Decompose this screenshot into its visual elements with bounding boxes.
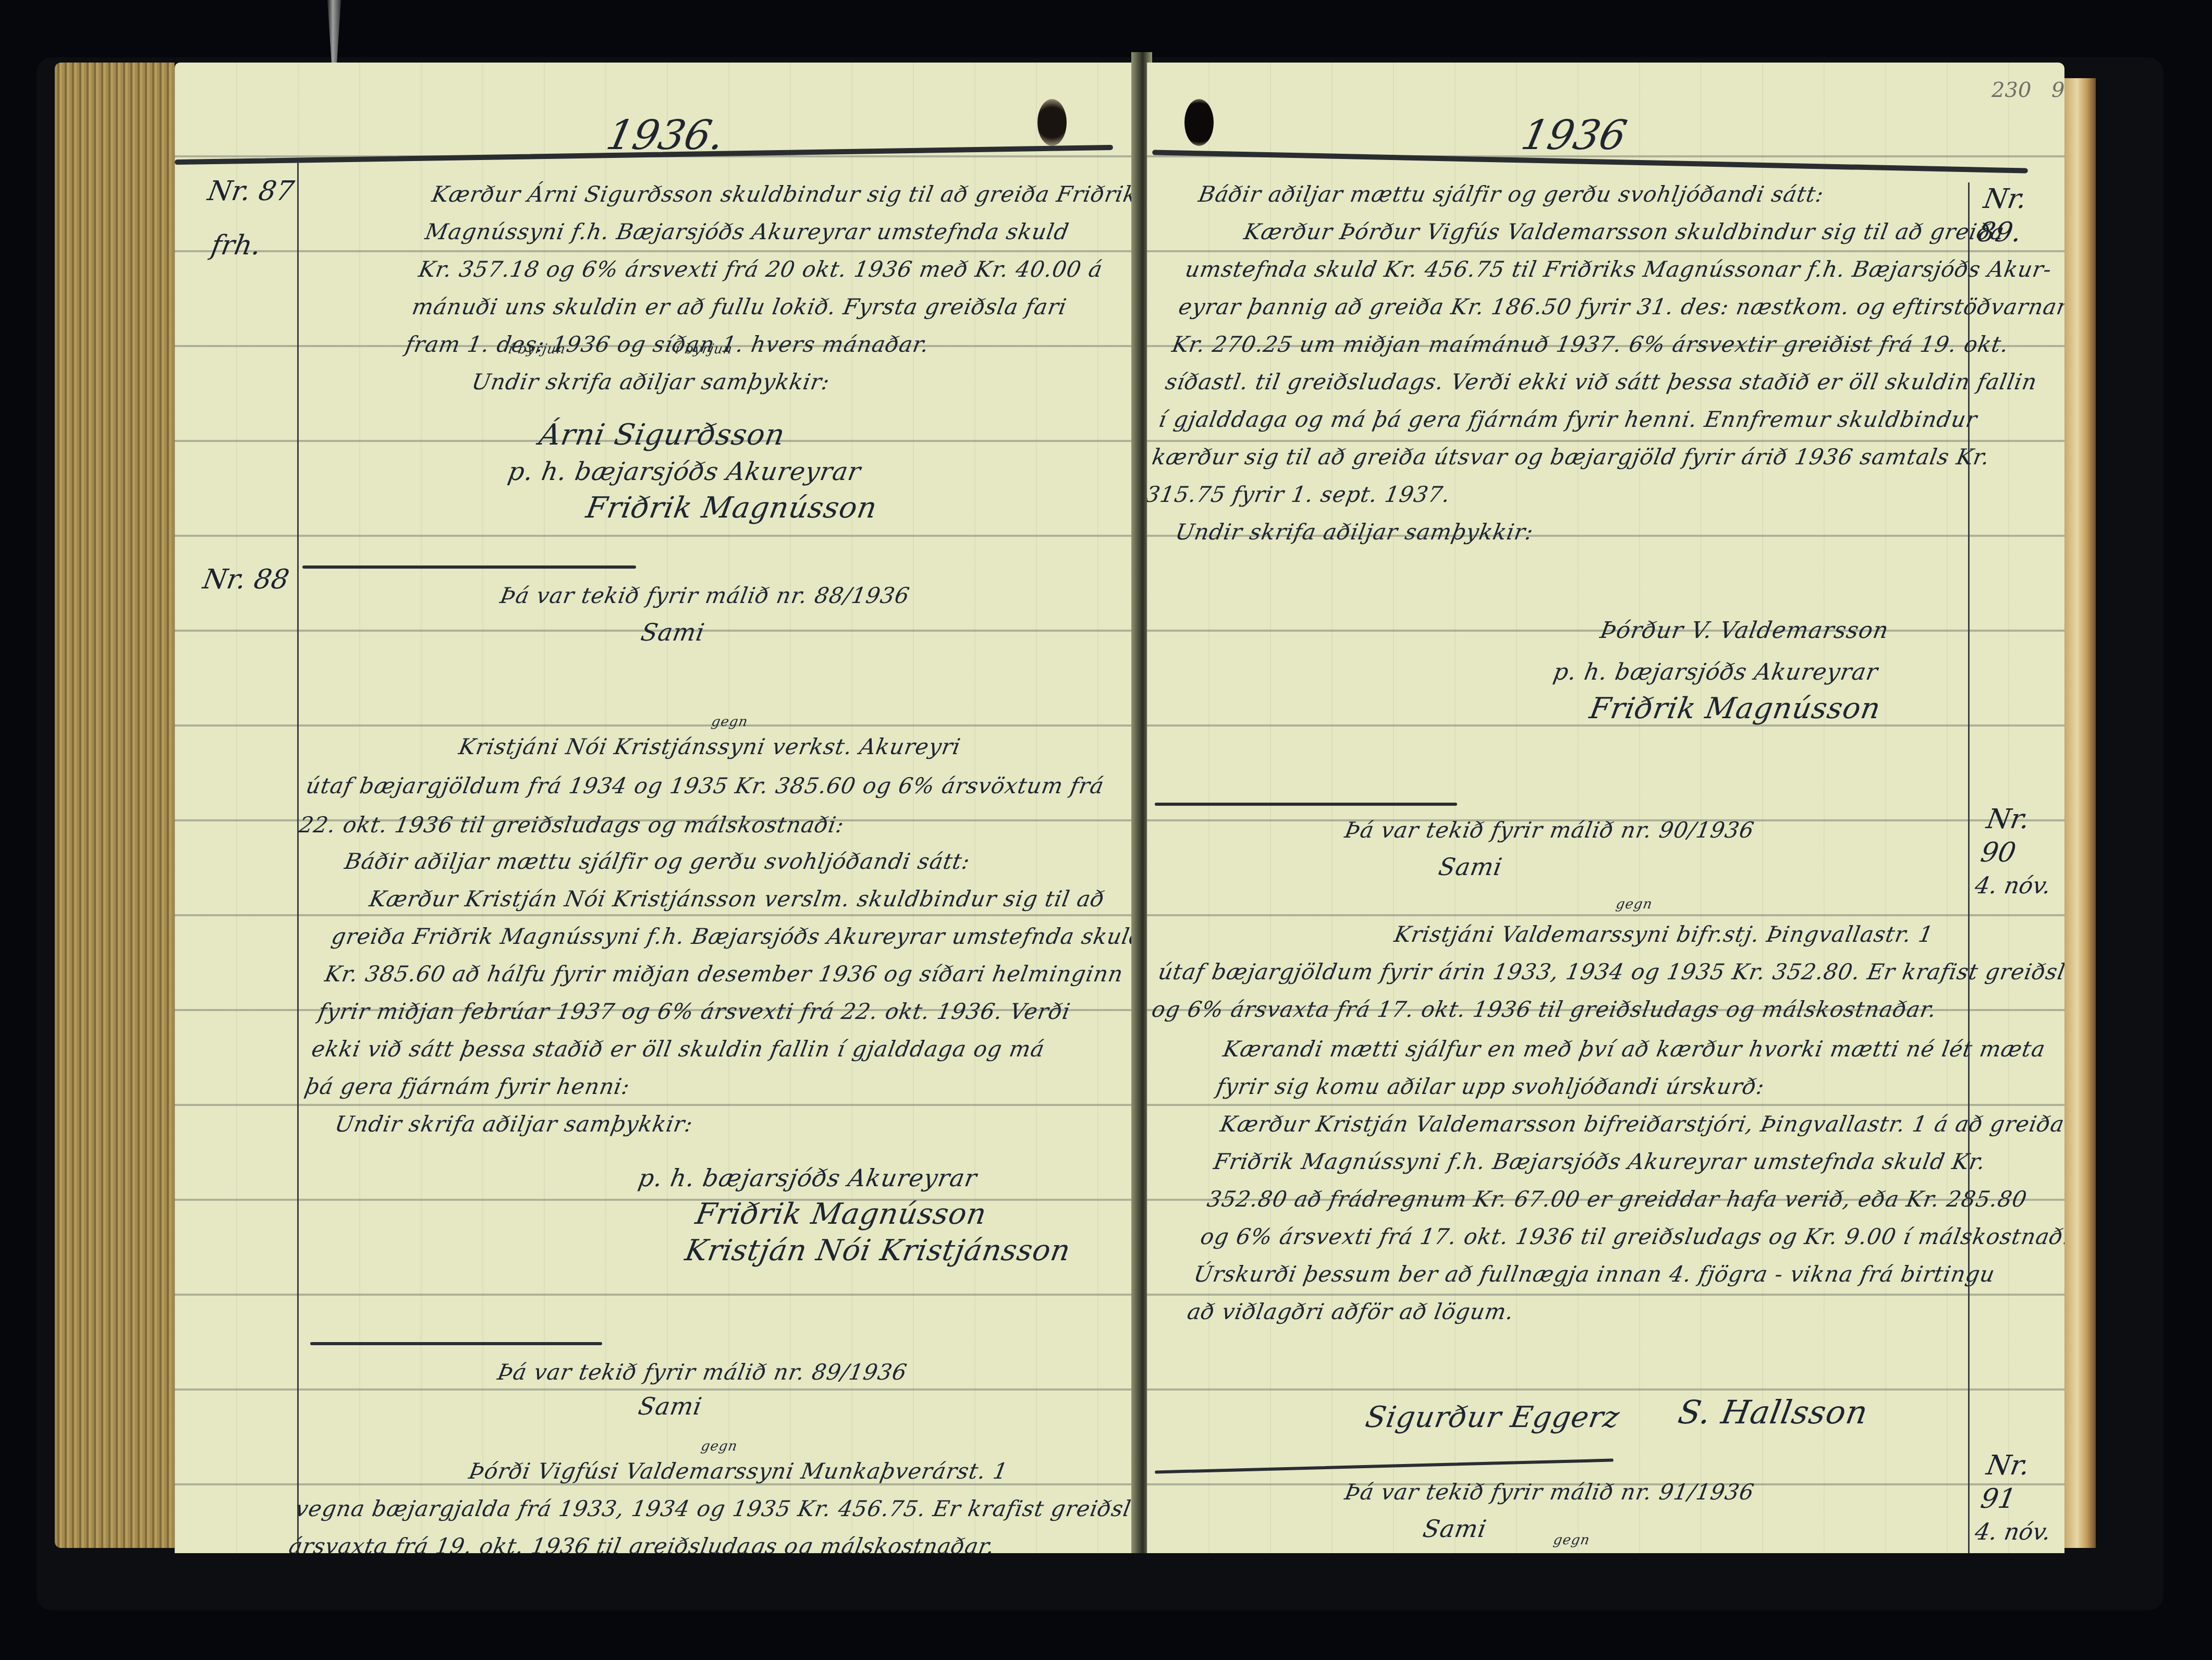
right-page: 230 9 1936 Nr. 89. Nr. 90 4. nóv. Nr. 91… (1147, 63, 2064, 1553)
signature-line-bæjarsjodur: p. h. bæjarsjóðs Akureyrar (636, 1162, 980, 1194)
margin-note-nr91: Nr. 91 4. nóv. (1972, 1449, 2064, 1549)
margin-note-nr88: Nr. 88 (200, 563, 291, 596)
entry-88-intro: Þá var tekið fyrir málið nr. 88/1936 (498, 584, 912, 608)
signature-judge: Sigurður Eggerz (1363, 1402, 1622, 1433)
signature-thordur: Þórður V. Valdemarsson (1598, 615, 1891, 646)
interlinear-note: í byrjun (507, 341, 567, 357)
margin-note-nr90: Nr. 90 4. nóv. (1972, 803, 2064, 903)
page-edge-mark: 9 (2051, 78, 2064, 102)
signature-fridrik: Friðrik Magnússon (1587, 693, 1883, 724)
signature-line-bæjarsjodur: p. h. bæjarsjóðs Akureyrar (1551, 657, 1880, 688)
entry-88-body: Báðir aðiljar mættu sjálfir og gerðu svo… (226, 850, 1134, 1150)
signature-fridrik: Friðrik Magnússon (693, 1199, 989, 1230)
case-separator-rule (1155, 803, 1457, 806)
entry-90-gegn: gegn (1615, 896, 1654, 912)
entry-90-plaintiff: Sami (1437, 855, 1504, 879)
year-heading-right: 1936 (1517, 112, 1631, 159)
entry-88-parties: Kristjáni Nói Kristjánssyni verkst. Akur… (242, 735, 1113, 852)
signature-witness: S. Hallsson (1676, 1397, 1871, 1428)
entry-89-intro: Þá var tekið fyrir málið nr. 89/1936 (496, 1360, 909, 1384)
case-separator-rule (1155, 1458, 1614, 1473)
signature-kristjan-noi: Kristján Nói Kristjánsson (683, 1235, 1073, 1266)
signature-fridrik: Friðrik Magnússon (584, 493, 879, 524)
entry-89-plaintiff: Sami (637, 1394, 704, 1418)
entry-90-intro: Þá var tekið fyrir málið nr. 90/1936 (1343, 818, 1756, 842)
interlinear-note: í byrjun (674, 341, 734, 357)
entry-88-gegn: gegn (710, 714, 749, 730)
entry-89-gegn: gegn (700, 1438, 739, 1454)
entry-89-body: Báðir aðiljar mættu sjálfir og gerðu svo… (1147, 182, 2064, 558)
right-page-edge (2064, 78, 2096, 1548)
signature-arni: Árni Sigurðsson (537, 420, 788, 451)
entry-91-gegn: gegn (1552, 1532, 1591, 1548)
signature-line-bæjarsjodur: p. h. bæjarsjóðs Akureyrar (506, 456, 863, 487)
entry-88-plaintiff: Sami (639, 620, 706, 644)
entry-91-intro: Þá var tekið fyrir málið nr. 91/1936 (1343, 1480, 1756, 1504)
entry-89-parties: Þórði Vigfúsi Valdemarssyni Munkaþverárs… (243, 1459, 1134, 1553)
page-number: 230 (1991, 78, 2031, 102)
punch-hole-left (1037, 99, 1067, 146)
entry-90-body: Kærandi mætti sjálfur en með því að kærð… (1147, 1037, 2064, 1337)
left-page: 1936. Nr. 87 frh. Nr. 88 Kærður Árni Sig… (175, 63, 1134, 1553)
punch-hole-right (1184, 99, 1214, 146)
entry-91-plaintiff: Sami (1421, 1517, 1488, 1541)
entry-90-parties: Kristjáni Valdemarssyni bifr.stj. Þingva… (1147, 923, 2064, 1035)
case-separator-rule (310, 1342, 602, 1345)
page-block-edge (55, 63, 175, 1548)
case-separator-rule (302, 565, 636, 569)
entry-87-text: Kærður Árni Sigurðsson skuldbindur sig t… (217, 182, 1134, 408)
